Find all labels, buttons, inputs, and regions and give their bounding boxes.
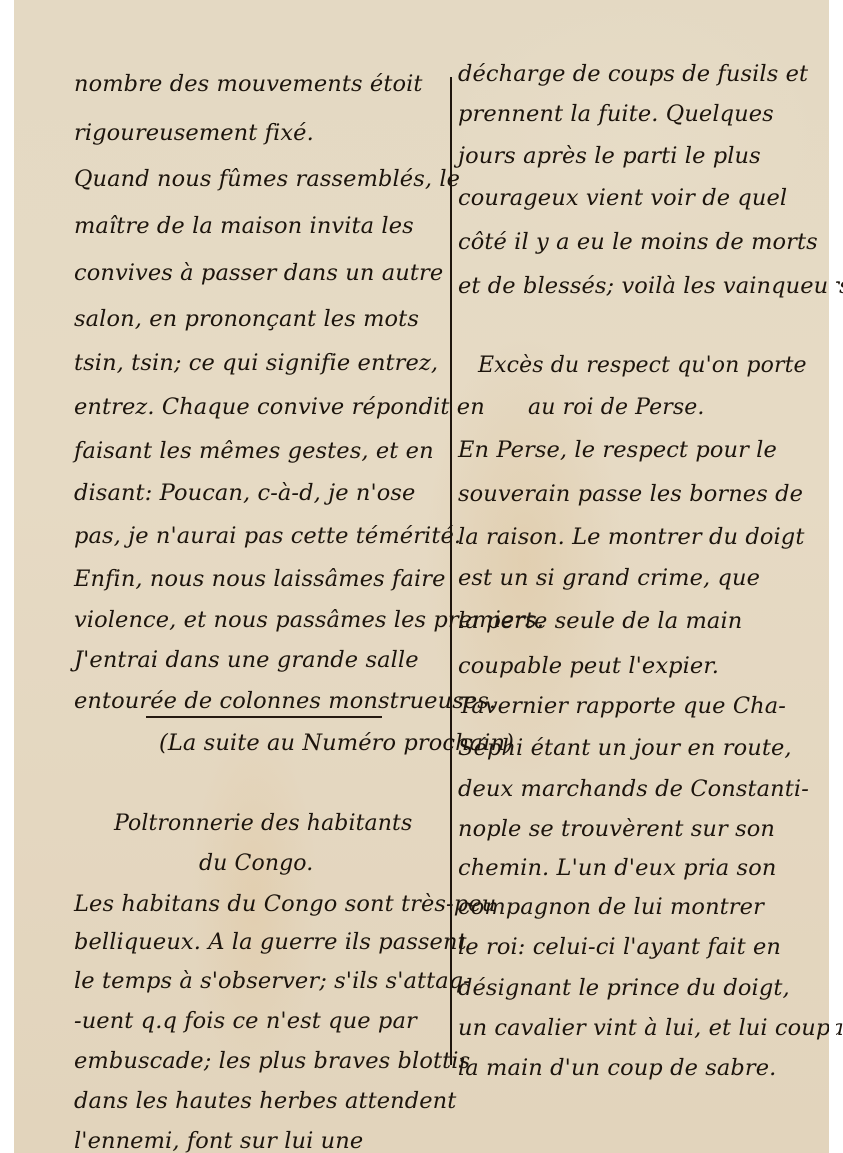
text-line: belliqueux. A la guerre ils passent [74, 926, 467, 958]
text-line: le temps à s'observer; s'ils s'attaq- [74, 965, 471, 997]
section-title-congo: Poltronnerie des habitants [114, 808, 412, 840]
text-line: En Perse, le respect pour le [458, 434, 777, 466]
text-line: un cavalier vint à lui, et lui coupa [458, 1012, 843, 1044]
left-column: nombre des mouvements étoit rigoureuseme… [74, 60, 444, 1120]
text-line: et de blessés; voilà les vainqueurs [458, 270, 843, 302]
text-line: -uent q.q fois ce n'est que par [74, 1005, 417, 1037]
text-line: embuscade; les plus braves blottis [74, 1045, 470, 1077]
text-line: Enfin, nous nous laissâmes faire [74, 563, 446, 595]
section-title-perse-line2: au roi de Perse. [528, 392, 704, 424]
text-line: salon, en prononçant les mots [74, 303, 419, 335]
text-line: Séphi étant un jour en route, [458, 732, 792, 764]
section-title-perse: Excès du respect qu'on porte [478, 350, 807, 382]
text-line: la raison. Le montrer du doigt [458, 521, 804, 553]
text-line: Quand nous fûmes rassemblés, le [74, 163, 460, 195]
page-edge [829, 0, 836, 1153]
text-line: rigoureusement fixé. [74, 117, 314, 149]
text-line: maître de la maison invita les [74, 210, 414, 242]
right-column: décharge de coups de fusils et prennent … [458, 60, 798, 1120]
text-line: désignant le prince du doigt, [458, 972, 790, 1004]
text-line: souverain passe les bornes de [458, 478, 803, 510]
text-line: le roi: celui-ci l'ayant fait en [458, 931, 781, 963]
manuscript-page: nombre des mouvements étoit rigoureuseme… [14, 0, 836, 1153]
text-line: chemin. L'un d'eux pria son [458, 852, 776, 884]
text-line: coupable peut l'expier. [458, 650, 719, 682]
text-line: est un si grand crime, que [458, 562, 760, 594]
text-line: nople se trouvèrent sur son [458, 813, 775, 845]
text-line: la main d'un coup de sabre. [458, 1052, 776, 1084]
section-separator-rule [146, 716, 382, 718]
section-title-congo-line2: du Congo. [199, 848, 313, 880]
text-line: la perte seule de la main [458, 605, 742, 637]
text-line: décharge de coups de fusils et [458, 58, 808, 90]
text-line: pas, je n'aurai pas cette témérité. [74, 520, 461, 552]
text-line: faisant les mêmes gestes, et en [74, 435, 434, 467]
text-line: prennent la fuite. Quelques [458, 98, 774, 130]
text-line: convives à passer dans un autre [74, 257, 443, 289]
text-line: l'ennemi, font sur lui une [74, 1125, 363, 1153]
text-line: Les habitans du Congo sont très-peu [74, 888, 496, 920]
text-line: disant: Poucan, c-à-d, je n'ose [74, 477, 415, 509]
text-line: nombre des mouvements étoit [74, 68, 423, 100]
text-line: jours après le parti le plus [458, 140, 761, 172]
text-line: J'entrai dans une grande salle [74, 644, 419, 676]
text-line: côté il y a eu le moins de morts [458, 226, 818, 258]
text-line: entourée de colonnes monstrueuses. [74, 685, 496, 717]
text-line: courageux vient voir de quel [458, 182, 787, 214]
text-line: Tavernier rapporte que Cha- [458, 690, 786, 722]
text-line: deux marchands de Constanti- [458, 773, 809, 805]
text-line: compagnon de lui montrer [458, 891, 764, 923]
text-line: entrez. Chaque convive répondit en [74, 391, 485, 423]
text-line: tsin, tsin; ce qui signifie entrez, [74, 347, 438, 379]
text-line: dans les hautes herbes attendent [74, 1085, 456, 1117]
